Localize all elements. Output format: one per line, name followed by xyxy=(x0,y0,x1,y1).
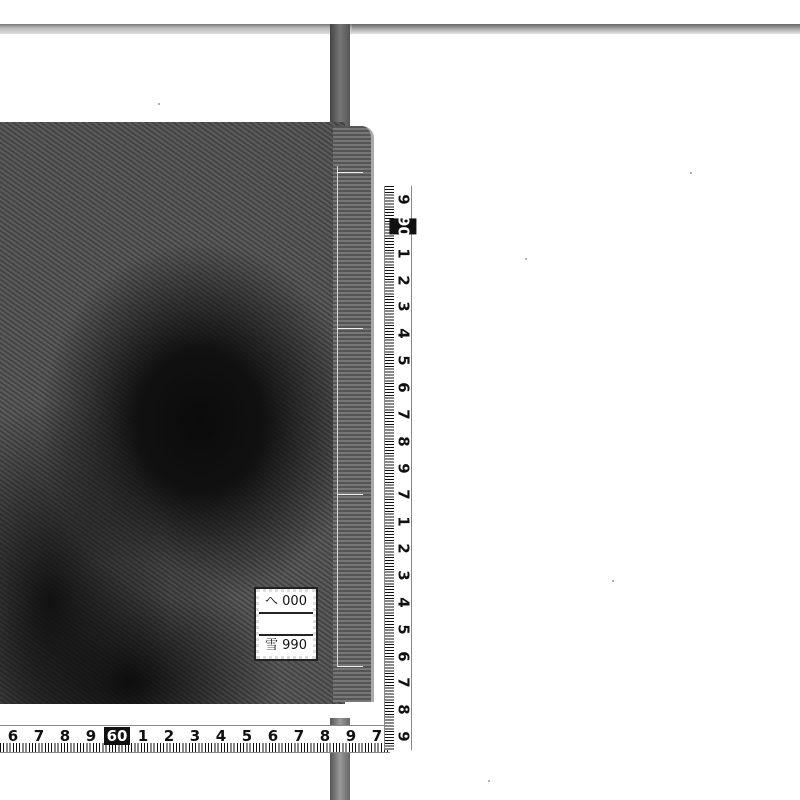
binding-thread xyxy=(337,666,363,667)
ruler-number: 2 xyxy=(390,541,417,557)
vertical-scale-ruler: 9901234567897123456789 xyxy=(384,186,412,750)
ruler-number: 3 xyxy=(390,567,417,583)
ruler-number: 7 xyxy=(390,406,417,422)
ruler-number: 7 xyxy=(390,487,417,503)
ruler-number: 1 xyxy=(390,245,417,261)
spine-line xyxy=(337,166,338,666)
ruler-number: 2 xyxy=(390,272,417,288)
ruler-number: 6 xyxy=(390,379,417,395)
ruler-ticks xyxy=(0,743,390,752)
horizontal-scale-ruler: 6789601234567897 xyxy=(0,725,390,753)
ruler-numbers: 9901234567897123456789 xyxy=(395,186,411,750)
ruler-number: 4 xyxy=(390,594,417,610)
ruler-number: 8 xyxy=(390,433,417,449)
book-spine xyxy=(333,126,374,702)
label-row xyxy=(259,614,313,636)
scan-speck xyxy=(612,580,614,582)
scan-speck xyxy=(488,780,490,782)
ruler-number: 8 xyxy=(390,702,417,718)
scanner-edge-right xyxy=(352,24,800,34)
binding-thread xyxy=(337,172,363,173)
ruler-number: 3 xyxy=(390,299,417,315)
ruler-number: 1 xyxy=(390,514,417,530)
label-row: へ 000 xyxy=(259,592,313,614)
scan-speck xyxy=(690,172,692,174)
binding-thread xyxy=(337,494,363,495)
catalog-label: へ 000 雪 990 xyxy=(256,589,316,659)
ruler-number: 9 xyxy=(390,460,417,476)
book-support-top xyxy=(330,24,350,134)
ruler-number: 5 xyxy=(390,353,417,369)
ruler-number: 6 xyxy=(390,648,417,664)
scan-speck xyxy=(158,103,160,105)
ruler-number: 5 xyxy=(390,621,417,637)
ruler-number: 90 xyxy=(390,218,417,234)
ruler-number: 9 xyxy=(390,729,417,745)
ruler-number: 7 xyxy=(390,675,417,691)
label-row: 雪 990 xyxy=(259,636,313,656)
scan-speck xyxy=(525,258,527,260)
ruler-number: 4 xyxy=(390,326,417,342)
ruler-number: 9 xyxy=(390,191,417,207)
binding-thread xyxy=(337,328,363,329)
